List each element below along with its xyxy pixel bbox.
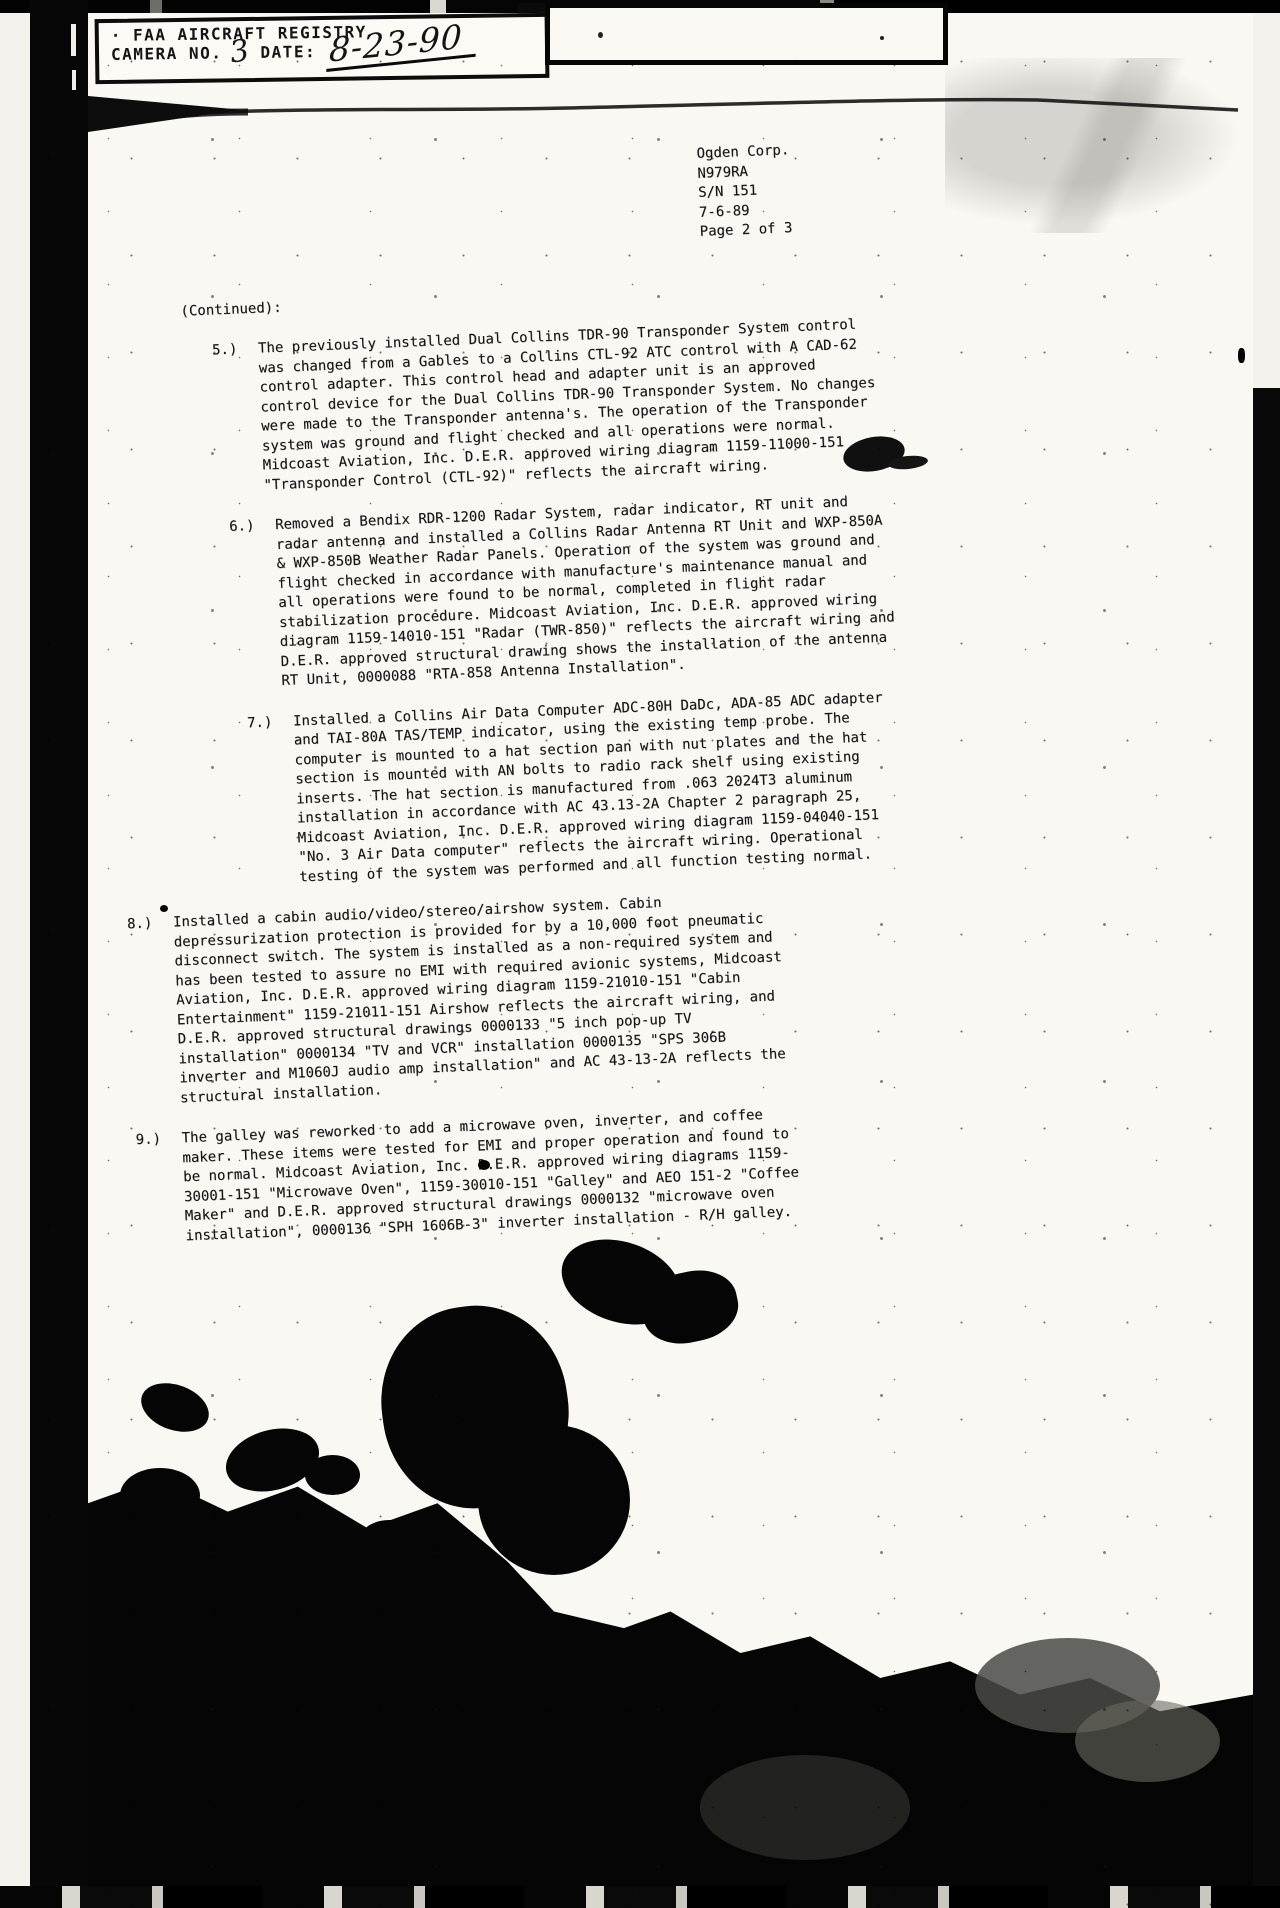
entry-number: 5.) — [212, 340, 264, 498]
empty-stamp-box — [545, 3, 948, 65]
entry-text: The previously installed Dual Collins TD… — [258, 314, 912, 496]
ink-blob — [478, 1425, 630, 1575]
log-entry-7: 7.) Installed a Collins Air Data Compute… — [247, 684, 1005, 890]
ink-blob — [305, 1455, 360, 1495]
faa-registry-stamp: FAA AIRCRAFT REGISTRY CAMERA NO. 3 DATE:… — [95, 13, 550, 84]
scan-artifact-gray-patch — [1075, 1700, 1220, 1782]
ink-speck — [160, 905, 168, 912]
ink-speck — [1238, 348, 1245, 363]
ink-speck — [598, 32, 603, 38]
scan-artifact-notch — [71, 24, 76, 56]
continued-label: (Continued): — [180, 270, 982, 322]
log-entry-6: 6.) Removed a Bendix RDR-1200 Radar Syst… — [229, 487, 997, 693]
scan-artifact-notch — [72, 70, 76, 90]
ink-speck — [478, 1160, 490, 1170]
entry-number: 7.) — [247, 712, 300, 889]
entry-text: Installed a Collins Air Data Computer AD… — [293, 686, 948, 887]
typed-letter: Ogden Corp. N979RA S/N 151 7-6-89 Page 2… — [95, 91, 1019, 1248]
entry-number: 6.) — [229, 516, 282, 693]
ink-speck — [880, 36, 884, 40]
scan-artifact-bottom-edge — [0, 1886, 1280, 1908]
entry-number: 9.) — [135, 1129, 186, 1248]
scan-artifact-left-edge — [30, 0, 88, 1886]
scan-artifact-right-edge — [1253, 388, 1280, 1908]
entry-text: Removed a Bendix RDR-1200 Radar System, … — [275, 490, 930, 691]
scanned-document-page: FAA AIRCRAFT REGISTRY CAMERA NO. 3 DATE:… — [0, 0, 1280, 1908]
entry-text: Installed a cabin audio/video/stereo/air… — [173, 888, 828, 1109]
letterhead-info-block: Ogden Corp. N979RA S/N 151 7-6-89 Page 2… — [696, 136, 920, 242]
entry-number: 8.) — [127, 914, 181, 1111]
log-entry-8: 8.) Installed a cabin audio/video/stereo… — [127, 880, 1014, 1110]
scan-artifact-gray-patch — [700, 1755, 910, 1860]
date-label: DATE: — [260, 42, 316, 62]
camera-number-label: CAMERA NO. — [111, 43, 223, 64]
